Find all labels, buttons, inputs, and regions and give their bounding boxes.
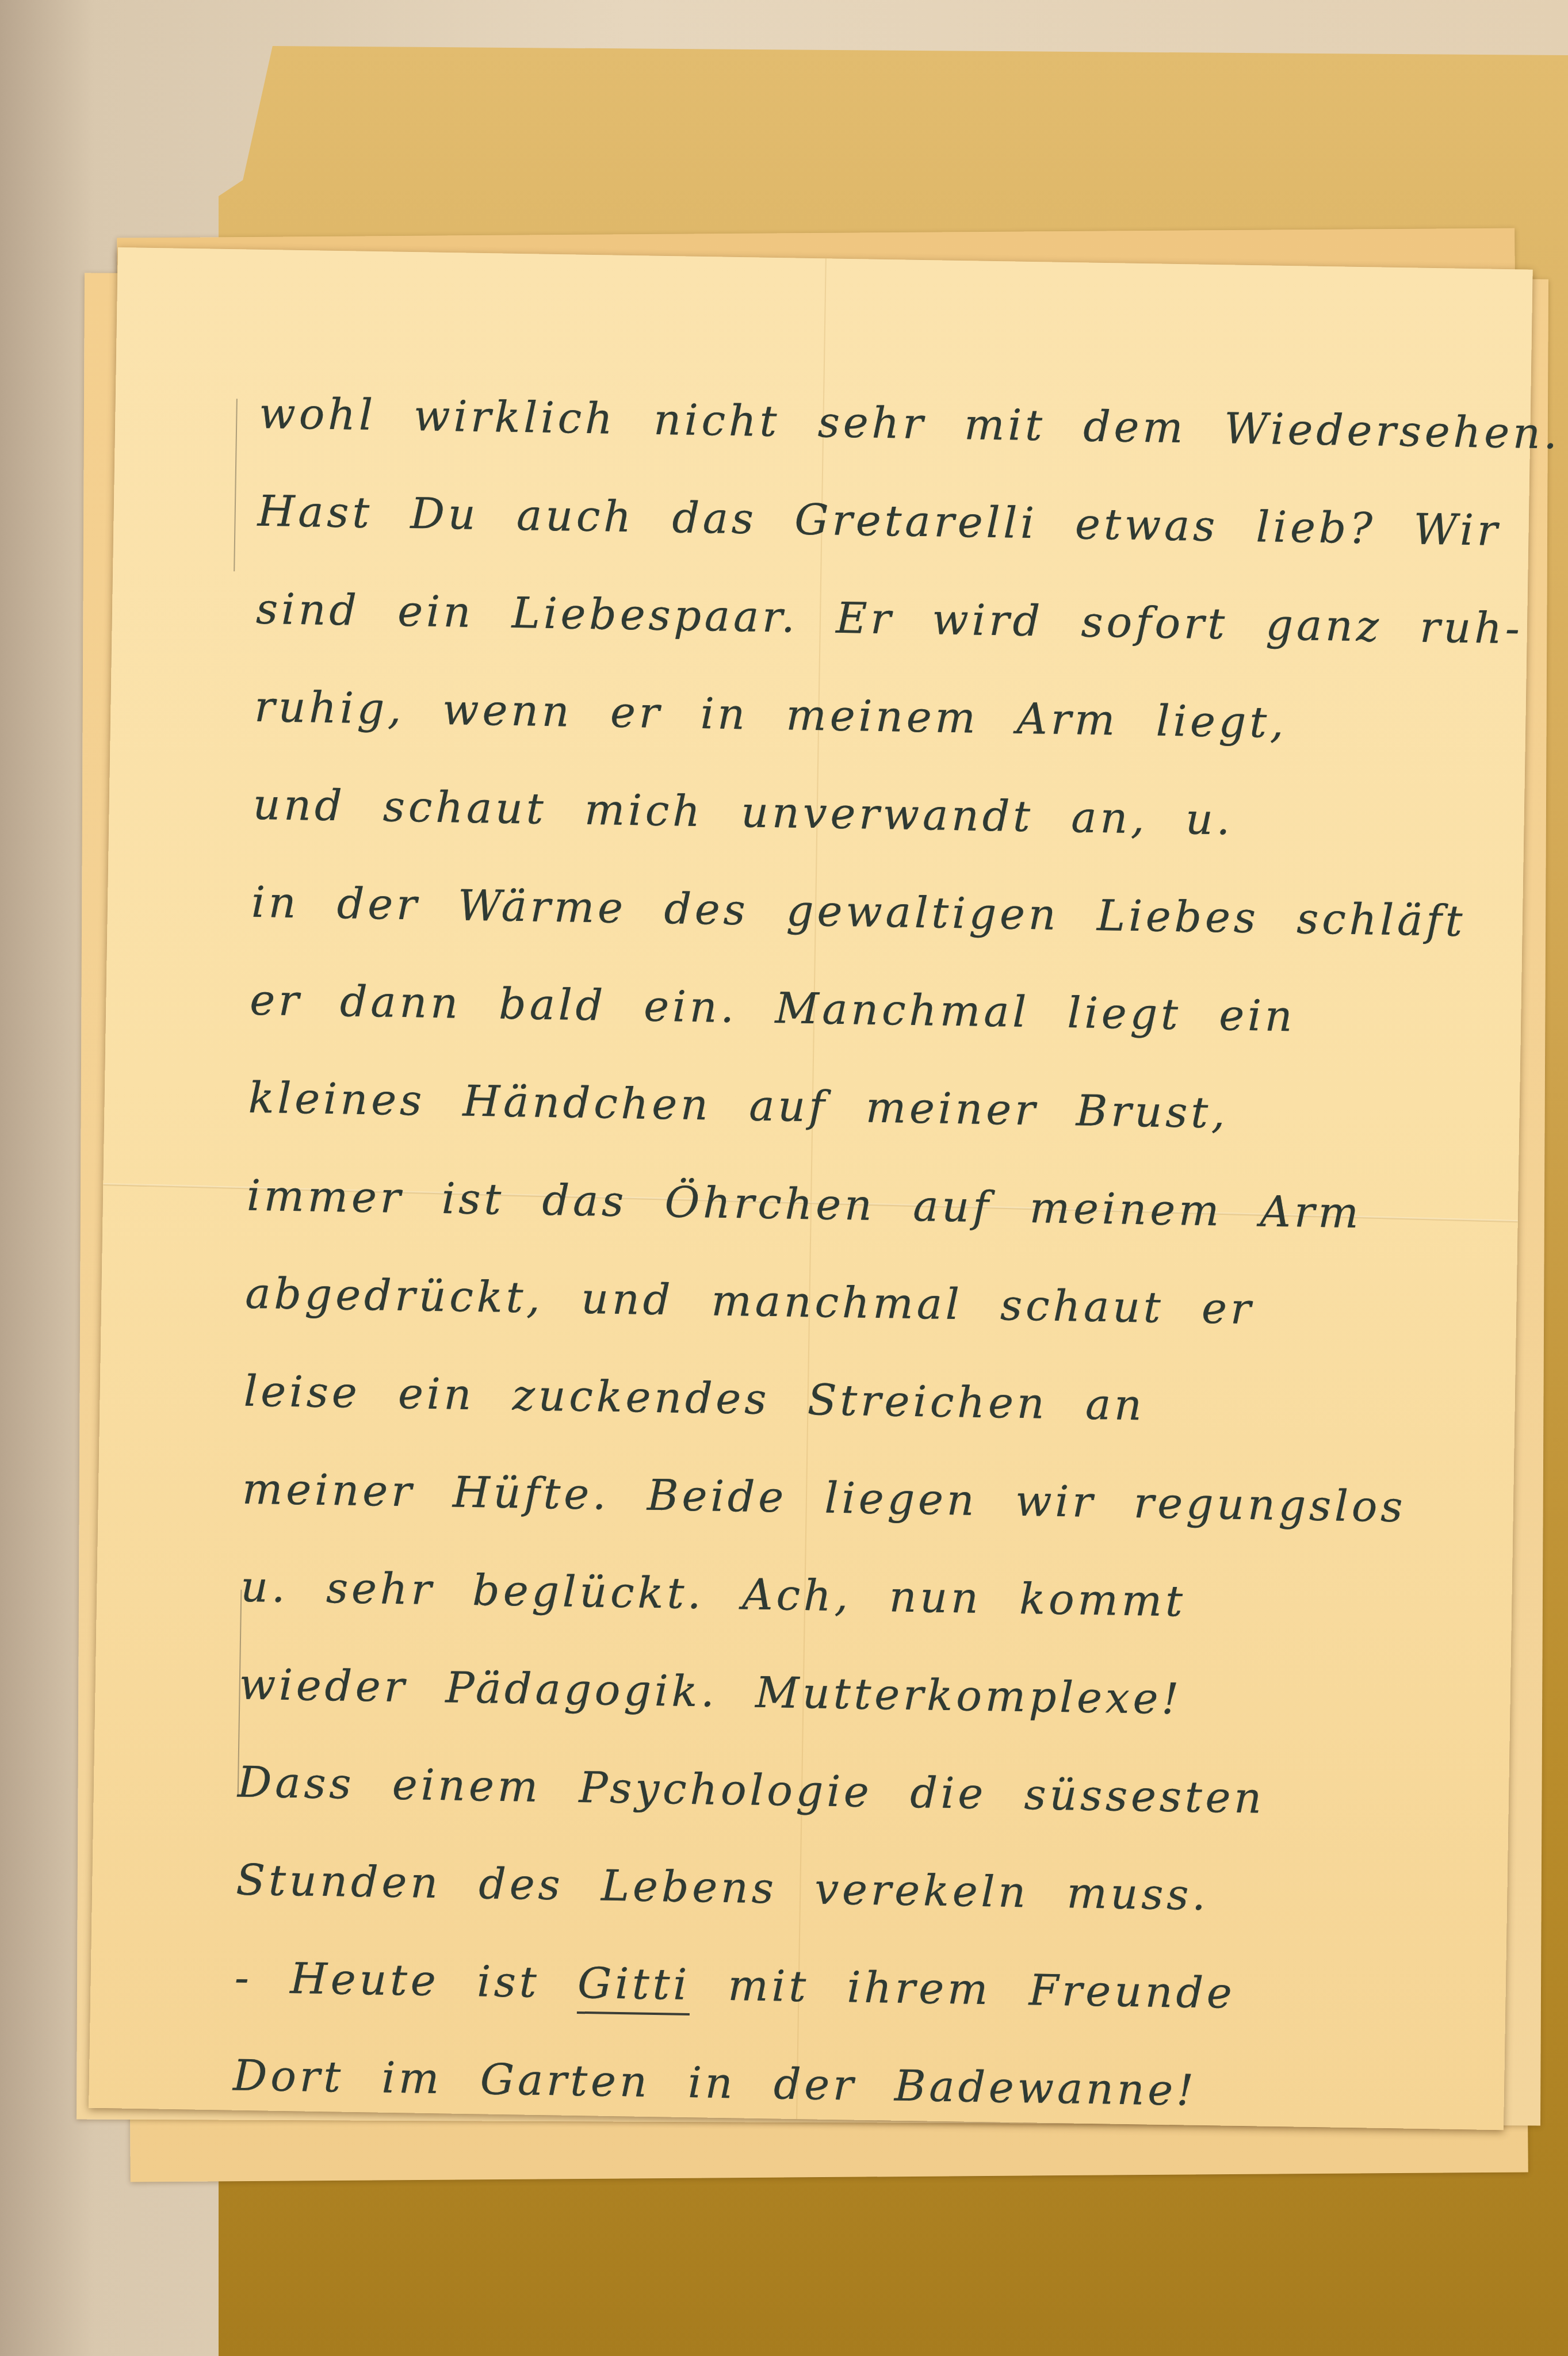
text-line: leise ein zuckendes Streichen an <box>243 1343 1481 1460</box>
text-line: wohl wirklich nicht sehr mit dem Wieders… <box>258 365 1496 482</box>
underlined-word: Gitti <box>577 1959 690 2015</box>
text-line: u. sehr beglückt. Ach, nun kommt <box>240 1538 1478 1655</box>
text-line: abgedrückt, und manchmal schaut er <box>244 1245 1482 1362</box>
handwritten-text: wohl wirklich nicht sehr mit dem Wieders… <box>232 365 1497 2144</box>
text-line: kleines Händchen auf meiner Brust, <box>247 1049 1485 1166</box>
text-line: - Heute ist Gitti mit ihrem Freunde <box>234 1929 1471 2047</box>
text-line: ruhig, wenn er in meinem Arm liegt, <box>254 658 1491 775</box>
text-line: in der Wärme des gewaltigen Liebes schlä… <box>251 854 1489 971</box>
text-line: meiner Hüfte. Beide liegen wir regungslo… <box>242 1440 1479 1558</box>
text-line: Stunden des Lebens verekeln muss. <box>235 1831 1473 1949</box>
document-photo: wohl wirklich nicht sehr mit dem Wieders… <box>0 0 1568 2356</box>
text-line: er dann bald ein. Manchmal liegt ein <box>249 951 1487 1069</box>
pencil-margin-mark <box>234 399 238 571</box>
letter-page: wohl wirklich nicht sehr mit dem Wieders… <box>89 247 1533 2130</box>
text-line: immer ist das Öhrchen auf meinem Arm <box>246 1147 1484 1264</box>
text-line: und schaut mich unverwandt an, u. <box>252 756 1490 873</box>
text-line: Dass einem Psychologie die süssesten <box>237 1734 1475 1851</box>
text-line: Hast Du auch das Gretarelli etwas lieb? … <box>257 462 1494 580</box>
text-line: sind ein Liebespaar. Er wird sofort ganz… <box>255 560 1493 678</box>
text-line: wieder Pädagogik. Mutterkomplexe! <box>238 1636 1476 1753</box>
text-line: Dort im Garten in der Badewanne! <box>232 2027 1470 2144</box>
